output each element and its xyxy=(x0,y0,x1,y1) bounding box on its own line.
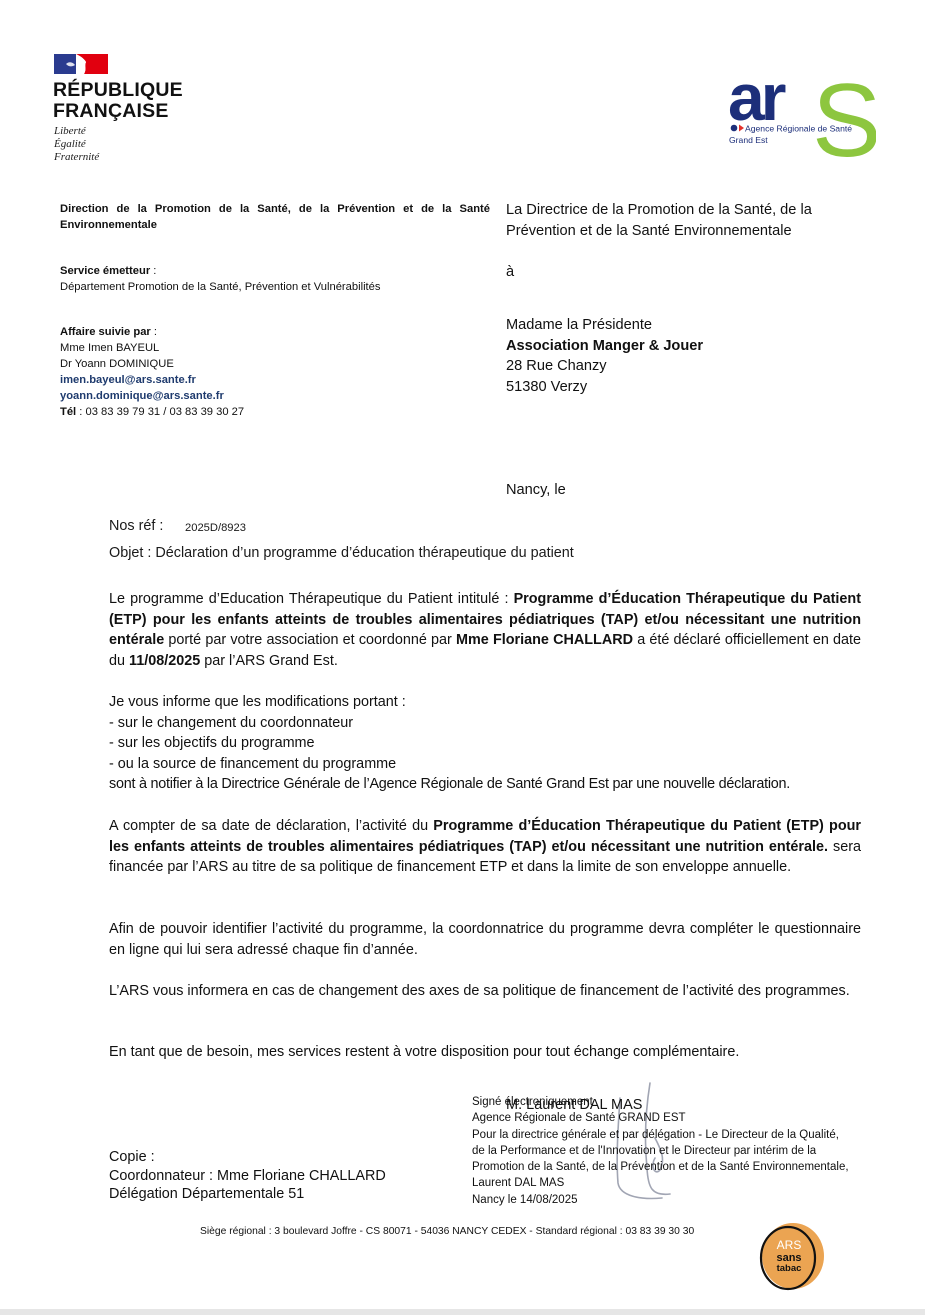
copy-block: Copie : Coordonnateur : Mme Floriane CHA… xyxy=(109,1148,386,1204)
list-item: - sur les objectifs du programme xyxy=(109,733,861,754)
logo-line-1: RÉPUBLIQUE xyxy=(53,80,183,101)
reference-label: Nos réf : xyxy=(109,518,163,534)
copy-recipient: Coordonnateur : Mme Floriane CHALLARD xyxy=(109,1167,386,1186)
ars-region: Grand Est xyxy=(729,135,768,145)
followed-by: Affaire suivie par : Mme Imen BAYEUL Dr … xyxy=(60,324,244,420)
signature-line: Pour la directrice générale et par délég… xyxy=(472,1127,892,1143)
recipient-street: 28 Rue Chanzy xyxy=(506,356,703,377)
followed-sep: : xyxy=(151,326,157,338)
ars-sans-tabac-badge-icon: ARS sans tabac xyxy=(755,1220,827,1292)
service-label: Service émetteur xyxy=(60,265,150,277)
subject-text: Déclaration d’un programme d’éducation t… xyxy=(155,545,573,561)
tel-label: Tél xyxy=(60,406,76,418)
tel-value: : 03 83 39 79 31 / 03 83 39 30 27 xyxy=(76,406,244,418)
republique-francaise-logo: RÉPUBLIQUE FRANÇAISE xyxy=(53,80,183,122)
ars-agency-name: Agence Régionale de Santé xyxy=(745,124,852,134)
paragraph-closing: En tant que de besoin, mes services rest… xyxy=(109,1042,861,1063)
marianne-flag-icon xyxy=(54,54,108,74)
place-date: Nancy, le xyxy=(506,480,566,501)
subject-label: Objet : xyxy=(109,545,155,561)
paragraph-modifications: Je vous informe que les modifications po… xyxy=(109,692,861,795)
republic-motto: Liberté Égalité Fraternité xyxy=(54,125,99,164)
subject-line: Objet : Déclaration d’un programme d’édu… xyxy=(109,545,574,561)
signature-line: Nancy le 14/08/2025 xyxy=(472,1192,892,1208)
service-sep: : xyxy=(150,265,156,277)
recipient-address: Madame la Présidente Association Manger … xyxy=(506,315,703,397)
contact-name: Mme Imen BAYEUL xyxy=(60,340,244,356)
recipient-city: 51380 Verzy xyxy=(506,377,703,398)
signature-line: Promotion de la Santé, de la Prévention … xyxy=(472,1159,892,1175)
recipient-organization: Association Manger & Jouer xyxy=(506,336,703,357)
signer-name-overlay: M. Laurent DAL MAS xyxy=(506,1097,642,1113)
contact-email-link[interactable]: yoann.dominique@ars.sante.fr xyxy=(60,388,244,404)
sender-direction: Direction de la Promotion de la Santé, d… xyxy=(60,201,490,233)
svg-text:tabac: tabac xyxy=(777,1263,802,1274)
copy-recipient: Délégation Départementale 51 xyxy=(109,1185,386,1204)
sender-title-line: La Directrice de la Promotion de la Sant… xyxy=(506,200,812,221)
motto-liberte: Liberté xyxy=(54,125,99,138)
ars-letter-s: S xyxy=(812,70,876,160)
logo-line-2: FRANÇAISE xyxy=(53,101,183,122)
followed-label: Affaire suivie par xyxy=(60,326,151,338)
to-word: à xyxy=(506,262,514,283)
recipient-title: Madame la Présidente xyxy=(506,315,703,336)
contact-email-link[interactable]: imen.bayeul@ars.sante.fr xyxy=(60,372,244,388)
paragraph-declaration: Le programme d’Education Thérapeutique d… xyxy=(109,589,861,671)
list-item: - sur le changement du coordonnateur xyxy=(109,713,861,734)
paragraph-financing: A compter de sa date de déclaration, l’a… xyxy=(109,816,861,878)
service-value: Département Promotion de la Santé, Préve… xyxy=(60,279,380,295)
reference-value: 2025D/8923 xyxy=(185,522,246,534)
signature-line: de la Performance et de l'Innovation et … xyxy=(472,1143,892,1159)
footer-address: Siège régional : 3 boulevard Joffre - CS… xyxy=(200,1226,694,1237)
list-item: - ou la source de financement du program… xyxy=(109,754,861,775)
motto-fraternite: Fraternité xyxy=(54,151,99,164)
sender-title: La Directrice de la Promotion de la Sant… xyxy=(506,200,812,241)
copy-label: Copie : xyxy=(109,1148,386,1167)
contact-name: Dr Yoann DOMINIQUE xyxy=(60,356,244,372)
sender-title-line: Prévention et de la Santé Environnementa… xyxy=(506,221,812,242)
page-bottom-edge xyxy=(0,1309,925,1315)
paragraph-information: L’ARS vous informera en cas de changemen… xyxy=(109,981,861,1002)
coordinator-name: Mme Floriane CHALLARD xyxy=(456,632,633,648)
declaration-date: 11/08/2025 xyxy=(129,653,200,669)
signature-line: Laurent DAL MAS xyxy=(472,1175,892,1191)
svg-text:ARS: ARS xyxy=(777,1238,802,1252)
paragraph-questionnaire: Afin de pouvoir identifier l’activité du… xyxy=(109,919,861,960)
service-emetteur: Service émetteur : Département Promotion… xyxy=(60,263,380,295)
motto-egalite: Égalité xyxy=(54,138,99,151)
ars-logo: ar S Agence Régionale de Santé Grand Est xyxy=(726,70,876,160)
